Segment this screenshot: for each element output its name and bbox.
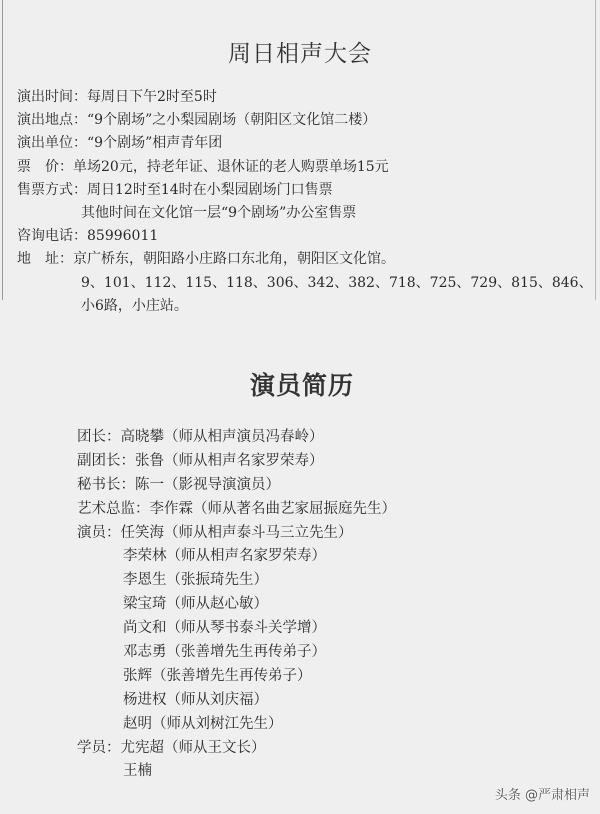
info-line-bus-stop: 小6路，小庄站。 [17, 295, 593, 318]
roster-line: 李恩生（张振琦先生） [77, 569, 396, 593]
info-value: “9个剧场”之小梨园剧场（朝阳区文化馆二楼） [87, 112, 376, 128]
info-line-price: 票 价：单场20元，持老年证、退休证的老人购票单场15元 [17, 156, 593, 179]
info-label: 咨询电话： [17, 228, 87, 244]
roster-role: 艺术总监： [77, 501, 150, 517]
roster-person: 梁宝琦（师从赵心敏） [123, 596, 268, 612]
roster-person: 陈一（影视导演演员） [135, 477, 280, 493]
info-value: 85996011 [87, 228, 158, 244]
roster-line: 王楠 [77, 760, 396, 784]
roster-line: 张辉（张善增先生再传弟子） [77, 665, 396, 689]
info-line-organizer: 演出单位：“9个剧场”相声青年团 [17, 132, 593, 155]
info-value: 小6路，小庄站。 [81, 298, 188, 314]
roster-role: 团长： [77, 429, 121, 445]
info-value: 周日12时至14时在小梨园剧场门口售票 [87, 182, 333, 198]
roster-person: 尚文和（师从琴书泰斗关学增） [123, 620, 326, 636]
info-value: 单场20元，持老年证、退休证的老人购票单场15元 [73, 159, 389, 175]
roster-line: 演员：任笑海（师从相声泰斗马三立先生） [77, 522, 396, 546]
roster-person: 李恩生（张振琦先生） [123, 572, 268, 588]
roster-person: 赵明（师从刘树江先生） [123, 716, 283, 732]
info-line-venue: 演出地点：“9个剧场”之小梨园剧场（朝阳区文化馆二楼） [17, 109, 593, 132]
info-value: “9个剧场”相声青年团 [87, 135, 222, 151]
info-label: 售票方式： [17, 182, 87, 198]
info-line-ticketing-cont: 其他时间在文化馆一层“9个剧场”办公室售票 [17, 202, 593, 225]
roster-person: 高晓攀（师从相声演员冯春岭） [121, 429, 324, 445]
roster-line: 秘书长：陈一（影视导演演员） [77, 474, 396, 498]
info-line-address: 地 址：京广桥东，朝阳路小庄路口东北角，朝阳区文化馆。 [17, 248, 593, 271]
roster-person: 张辉（张善增先生再传弟子） [123, 668, 312, 684]
performer-roster: 团长：高晓攀（师从相声演员冯春岭） 副团长：张鲁（师从相声名家罗荣寿） 秘书长：… [77, 426, 396, 784]
roster-person: 李作霖（师从著名曲艺家屈振庭先生） [150, 501, 397, 517]
roster-role: 副团长： [77, 453, 135, 469]
roster-line: 李荣林（师从相声名家罗荣寿） [77, 545, 396, 569]
info-label: 演出单位： [17, 135, 87, 151]
info-value: 9、101、112、115、118、306、342、382、718、725、72… [81, 275, 593, 291]
info-label: 演出时间： [17, 89, 87, 105]
roster-role: 秘书长： [77, 477, 135, 493]
roster-person: 杨进权（师从刘庆福） [123, 692, 268, 708]
info-label: 票 价： [17, 159, 73, 175]
roster-person: 任笑海（师从相声泰斗马三立先生） [121, 525, 353, 541]
roster-person: 尤宪超（师从王文长） [121, 740, 266, 756]
roster-title: 演员简历 [2, 366, 600, 402]
roster-line: 尚文和（师从琴书泰斗关学增） [77, 617, 396, 641]
info-value: 其他时间在文化馆一层“9个剧场”办公室售票 [81, 205, 356, 221]
info-line-bus-routes: 9、101、112、115、118、306、342、382、718、725、72… [17, 272, 593, 295]
roster-person: 张鲁（师从相声名家罗荣寿） [135, 453, 324, 469]
event-title: 周日相声大会 [0, 35, 600, 68]
roster-line: 杨进权（师从刘庆福） [77, 689, 396, 713]
info-label: 演出地点： [17, 112, 87, 128]
info-line-ticketing: 售票方式：周日12时至14时在小梨园剧场门口售票 [17, 179, 593, 202]
info-value: 京广桥东，朝阳路小庄路口东北角，朝阳区文化馆。 [73, 251, 395, 267]
event-info-block: 演出时间：每周日下午2时至5时 演出地点：“9个剧场”之小梨园剧场（朝阳区文化馆… [17, 86, 593, 318]
roster-line: 学员：尤宪超（师从王文长） [77, 737, 396, 761]
info-line-phone: 咨询电话：85996011 [17, 225, 593, 248]
roster-person: 王楠 [123, 763, 152, 779]
roster-role: 演员： [77, 525, 121, 541]
info-label: 地 址： [17, 251, 73, 267]
roster-line: 梁宝琦（师从赵心敏） [77, 593, 396, 617]
roster-line: 团长：高晓攀（师从相声演员冯春岭） [77, 426, 396, 450]
roster-line: 邓志勇（张善增先生再传弟子） [77, 641, 396, 665]
roster-role: 学员： [77, 740, 121, 756]
info-value: 每周日下午2时至5时 [87, 89, 217, 105]
roster-person: 李荣林（师从相声名家罗荣寿） [123, 548, 326, 564]
roster-line: 副团长：张鲁（师从相声名家罗荣寿） [77, 450, 396, 474]
info-line-time: 演出时间：每周日下午2时至5时 [17, 86, 593, 109]
source-watermark: 头条 @严肃相声 [495, 784, 590, 803]
roster-line: 赵明（师从刘树江先生） [77, 713, 396, 737]
roster-line: 艺术总监：李作霖（师从著名曲艺家屈振庭先生） [77, 498, 396, 522]
roster-person: 邓志勇（张善增先生再传弟子） [123, 644, 326, 660]
